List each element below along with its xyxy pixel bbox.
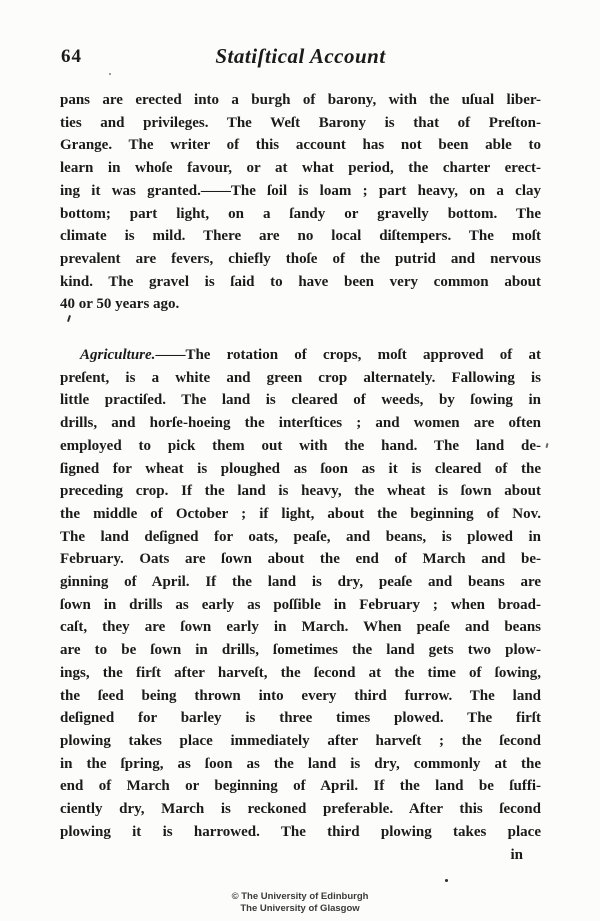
paragraph-2: Agriculture.——The rotation of crops, moſ… — [60, 344, 541, 843]
body-line: preſent, is a white and green crop alter… — [60, 367, 541, 390]
body-line: ginning of April. If the land is dry, pe… — [60, 571, 541, 594]
body-line: preceding crop. If the land is heavy, th… — [60, 480, 541, 503]
page-body: pans are erected into a burgh of barony,… — [60, 89, 541, 866]
paragraph-1: pans are erected into a burgh of barony,… — [60, 89, 541, 316]
body-line: ties and privileges. The Weſt Barony is … — [60, 112, 541, 135]
body-line: climate is mild. There are no local diſt… — [60, 225, 541, 248]
running-title: Statiſtical Account — [60, 44, 541, 69]
body-line: ſown in drills as early as poſſible in F… — [60, 594, 541, 617]
footer-line-edinburgh: © The University of Edinburgh — [0, 891, 600, 903]
scanned-book-page: 64 Statiſtical Account pans are erected … — [0, 0, 600, 921]
footer-attribution: © The University of Edinburgh The Univer… — [0, 891, 600, 914]
body-line: plowing takes place immediately after ha… — [60, 730, 541, 753]
body-line: in the ſpring, as ſoon as the land is dr… — [60, 753, 541, 776]
scan-speck — [445, 879, 448, 882]
body-line: little practiſed. The land is cleared of… — [60, 389, 541, 412]
body-line: bottom; part light, on a ſandy or gravel… — [60, 203, 541, 226]
body-line: drills, and horſe-hoeing the interſtices… — [60, 412, 541, 435]
body-line: 40 or 50 years ago. — [60, 293, 541, 316]
section-heading-agriculture: Agriculture. — [80, 347, 155, 363]
body-line: employed to pick them out with the hand.… — [60, 435, 541, 458]
body-line: February. Oats are ſown about the end of… — [60, 548, 541, 571]
body-line: learn in whoſe favour, or at what period… — [60, 157, 541, 180]
body-line: end of March or beginning of April. If t… — [60, 775, 541, 798]
body-line: Agriculture.——The rotation of crops, moſ… — [60, 344, 541, 367]
body-line: ciently dry, March is reckoned preferabl… — [60, 798, 541, 821]
scan-speck — [545, 443, 548, 448]
footer-line-glasgow: The University of Glasgow — [0, 903, 600, 915]
body-line: the ſeed being thrown into every third f… — [60, 685, 541, 708]
body-line: ings, the firſt after harveſt, the ſecon… — [60, 662, 541, 685]
body-line: prevalent are fevers, chiefly thoſe of t… — [60, 248, 541, 271]
body-line: The land deſigned for oats, peaſe, and b… — [60, 526, 541, 549]
body-line: caſt, they are ſown early in March. When… — [60, 616, 541, 639]
body-line: kind. The gravel is ſaid to have been ve… — [60, 271, 541, 294]
body-line: the middle of October ; if light, about … — [60, 503, 541, 526]
body-line: ſigned for wheat is ploughed as ſoon as … — [60, 458, 541, 481]
scan-speck — [109, 73, 111, 75]
body-line: are to be ſown in drills, ſometimes the … — [60, 639, 541, 662]
body-line: pans are erected into a burgh of barony,… — [60, 89, 541, 112]
body-line: plowing it is harrowed. The third plowin… — [60, 821, 541, 844]
body-line: ing it was granted.——The ſoil is loam ; … — [60, 180, 541, 203]
body-line: deſigned for barley is three times plowe… — [60, 707, 541, 730]
catchword: in — [60, 844, 541, 867]
body-line: Grange. The writer of this account has n… — [60, 134, 541, 157]
section-lead-text: ——The rotation of crops, moſt approved o… — [155, 347, 541, 363]
